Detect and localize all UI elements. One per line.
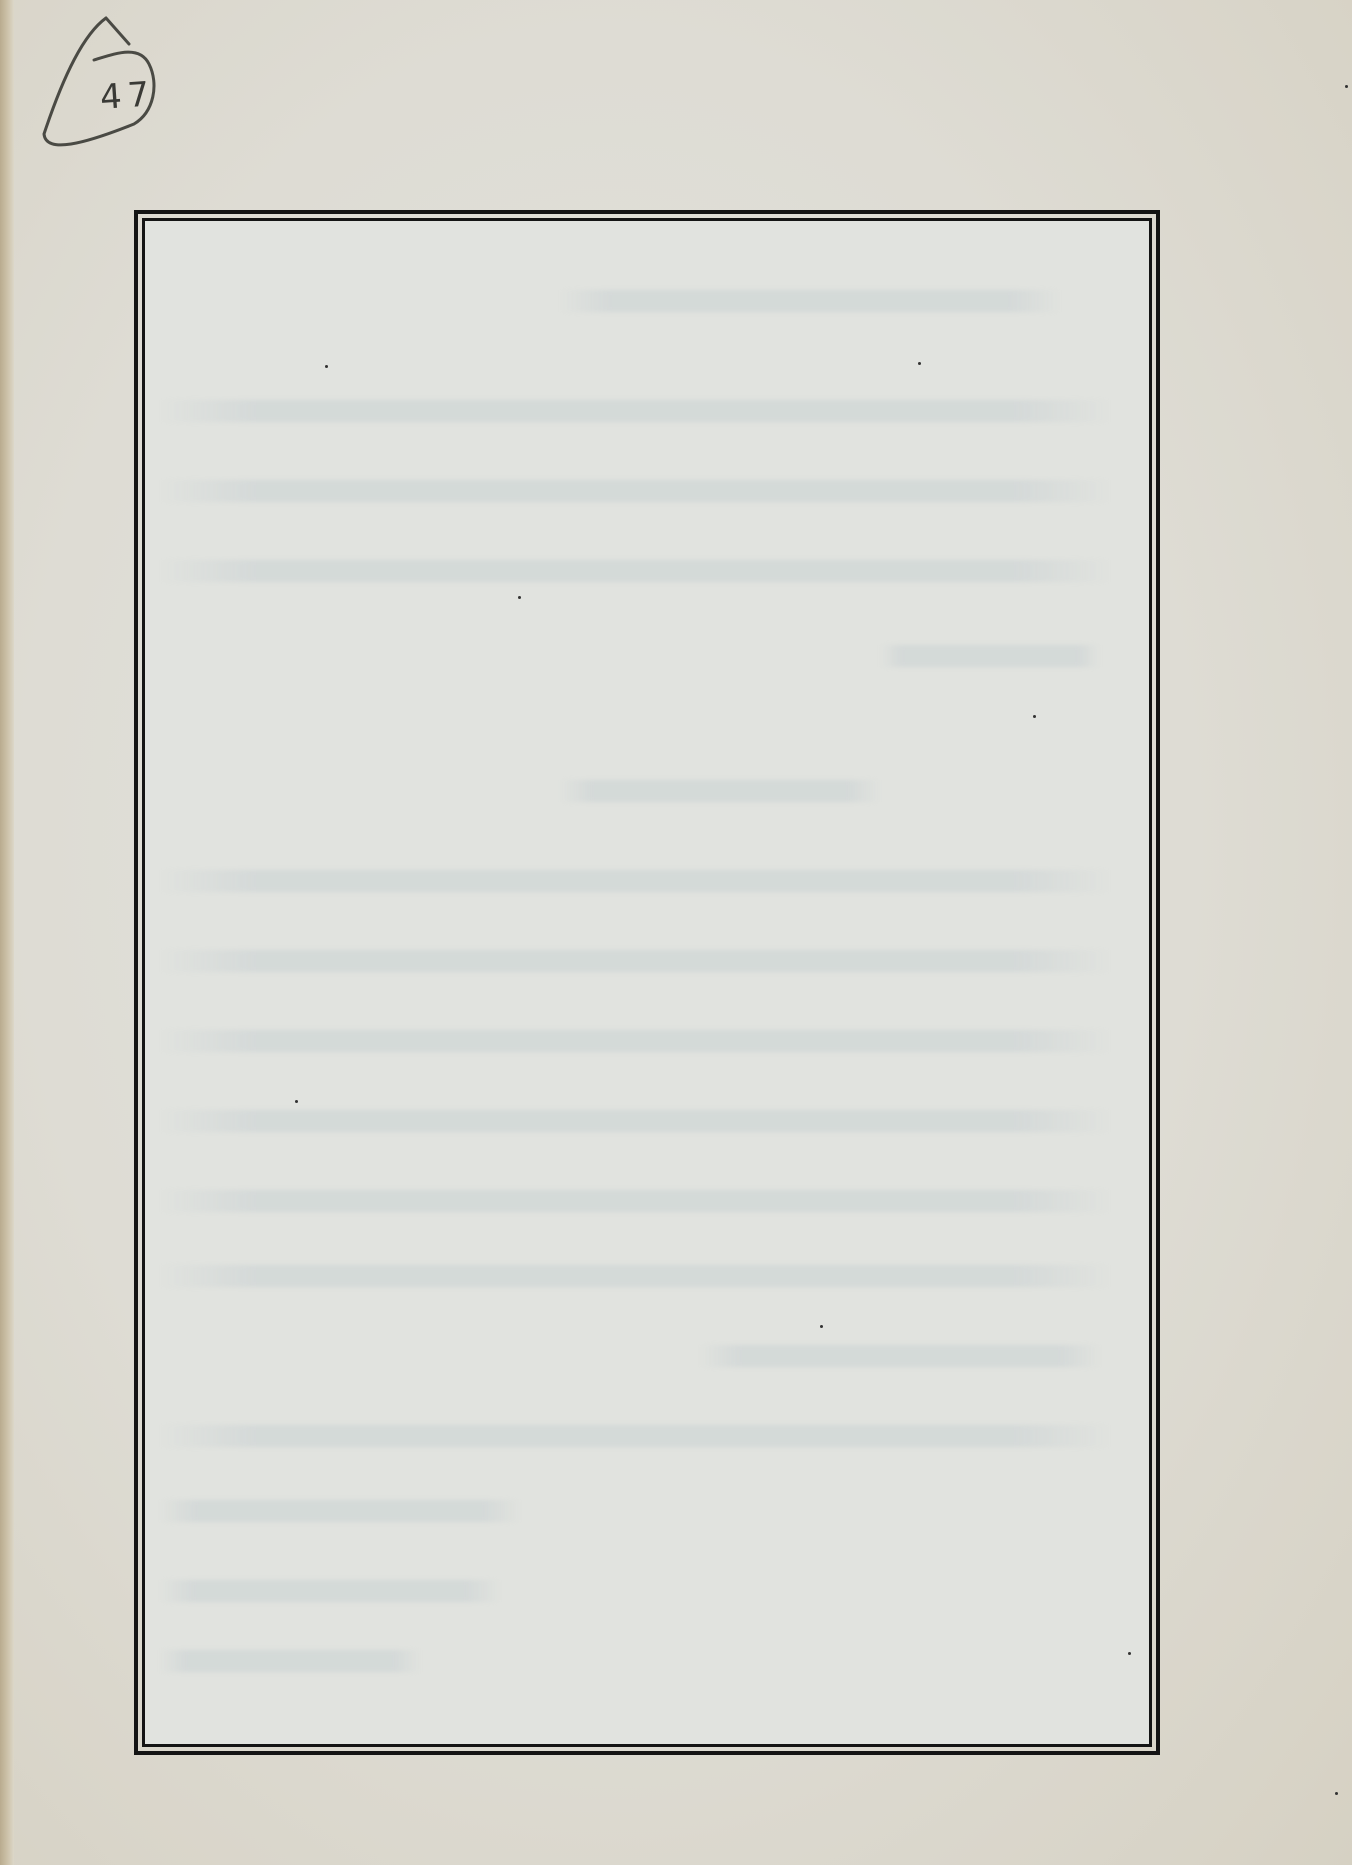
paper-speck [1335,1792,1338,1795]
paper-speck [1128,1652,1131,1655]
paper-speck [295,1100,298,1103]
bleed-through-line [160,560,1110,582]
bleed-through-line [160,950,1110,972]
bleed-through-line [160,480,1110,502]
bleed-through-line [160,1110,1110,1132]
paper-speck [820,1325,823,1328]
paper-speck [1345,85,1348,88]
paper-speck [518,596,521,599]
bleed-through-line [160,1190,1110,1212]
bleed-through-line [160,1265,1110,1287]
bleed-through-line [160,1650,420,1672]
paper-speck [1033,715,1036,718]
paper-speck [918,362,921,365]
bleed-through-line [880,645,1100,667]
scanned-page: 47 [0,0,1352,1865]
bleed-through-line [160,1030,1110,1052]
page-spine-edge [0,0,14,1865]
handwritten-page-mark: 47 [34,14,164,154]
bleed-through-line [700,1345,1100,1367]
bleed-through-line [160,1580,500,1602]
page-number-handwritten: 47 [99,74,157,118]
bleed-through-line [160,1425,1110,1447]
bleed-through-line [160,400,1110,422]
bleed-through-line [560,780,880,802]
bleed-through-line [560,290,1060,312]
bleed-through-line [160,870,1110,892]
bleed-through-line [160,1500,520,1522]
paper-speck [325,365,328,368]
